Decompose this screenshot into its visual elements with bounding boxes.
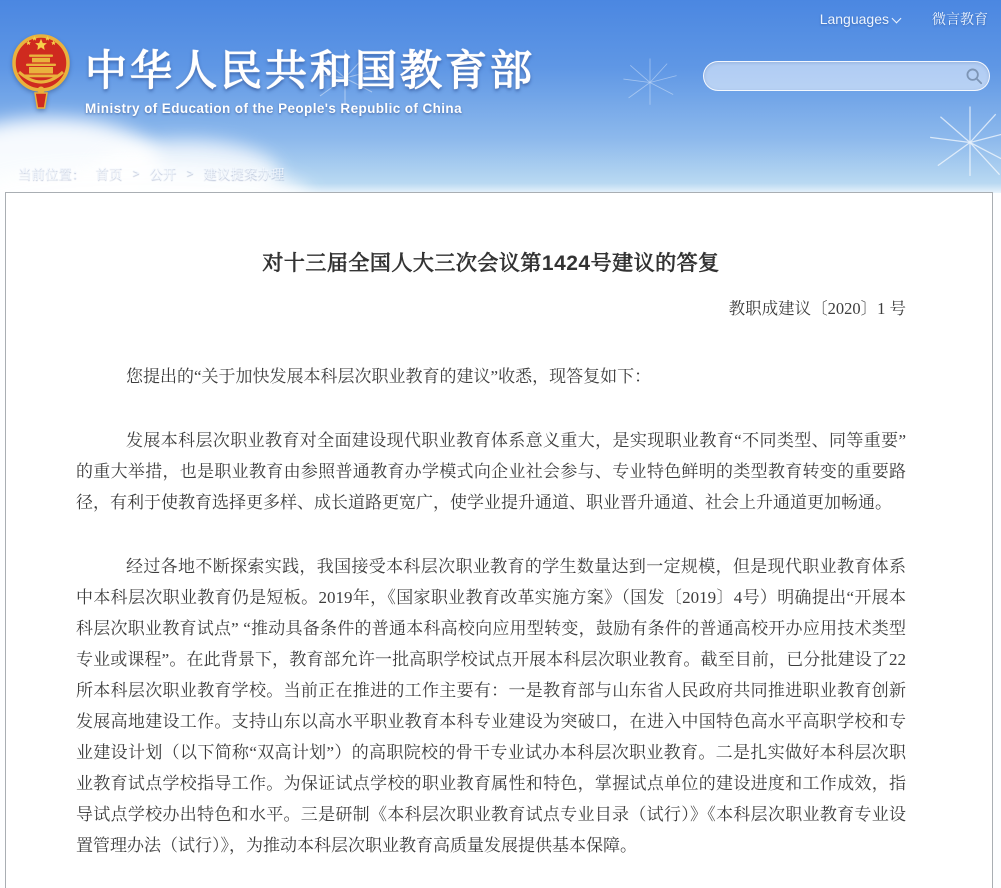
- document-number: 教职成建议〔2020〕1 号: [76, 295, 906, 319]
- header-banner: 中华人民共和国教育部 Ministry of Education of the …: [0, 0, 1001, 193]
- document-body: 您提出的“关于加快发展本科层次职业教育的建议”收悉，现答复如下： 发展本科层次职…: [76, 361, 906, 861]
- site-subtitle: Ministry of Education of the People's Re…: [85, 101, 535, 116]
- paragraph: 发展本科层次职业教育对全面建设现代职业教育体系意义重大，是实现职业教育“不同类型…: [76, 425, 906, 518]
- weiyan-jiaoyu-link[interactable]: 微言教育: [932, 9, 988, 29]
- paragraph: 经过各地不断探索实践，我国接受本科层次职业教育的学生数量达到一定规模，但是现代职…: [76, 551, 906, 861]
- breadcrumb: 当前位置： 首页 > 公开 > 建议提案办理: [18, 163, 285, 183]
- search-input[interactable]: [704, 62, 959, 90]
- breadcrumb-item-gongkai[interactable]: 公开: [150, 163, 177, 183]
- chevron-down-icon: [892, 14, 902, 24]
- document-card: 对十三届全国人大三次会议第1424号建议的答复 教职成建议〔2020〕1 号 您…: [5, 192, 993, 888]
- breadcrumb-separator: >: [187, 166, 194, 180]
- paragraph: 您提出的“关于加快发展本科层次职业教育的建议”收悉，现答复如下：: [76, 361, 906, 392]
- languages-label: Languages: [820, 11, 889, 27]
- breadcrumb-label: 当前位置：: [18, 163, 86, 183]
- document-title: 对十三届全国人大三次会议第1424号建议的答复: [76, 249, 906, 279]
- search-bar: [703, 61, 990, 91]
- breadcrumb-item-home[interactable]: 首页: [96, 163, 123, 183]
- national-emblem-logo[interactable]: [12, 32, 70, 116]
- site-title: 中华人民共和国教育部: [85, 38, 535, 98]
- search-icon: [965, 67, 983, 85]
- top-links: Languages 微言教育: [820, 9, 988, 29]
- page: 中华人民共和国教育部 Ministry of Education of the …: [0, 0, 1001, 888]
- search-button[interactable]: [959, 61, 989, 91]
- languages-menu[interactable]: Languages: [820, 11, 900, 27]
- dandelion-decoration: [620, 55, 680, 110]
- breadcrumb-separator: >: [133, 166, 140, 180]
- site-title-link[interactable]: 中华人民共和国教育部 Ministry of Education of the …: [85, 38, 535, 116]
- breadcrumb-item-jianyitian[interactable]: 建议提案办理: [204, 163, 285, 183]
- dandelion-decoration: [925, 95, 1001, 190]
